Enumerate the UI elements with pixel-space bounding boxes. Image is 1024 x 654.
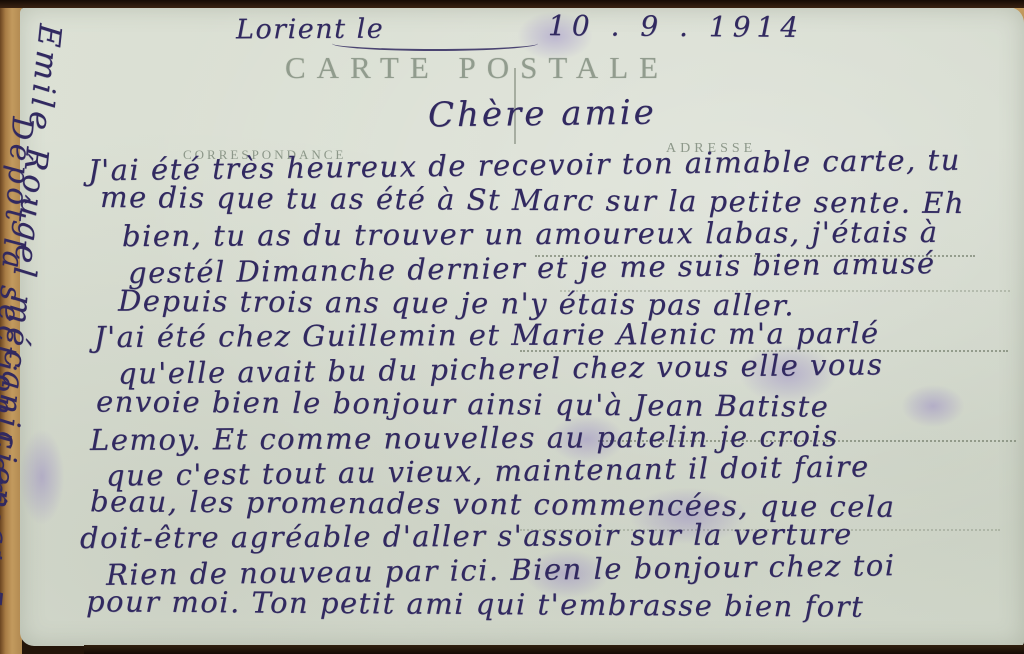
handwritten-date: 10 . 9 . 1914 (548, 9, 804, 44)
photo-bottom-border (84, 645, 1024, 654)
printed-carte-postale-title: CARTE POSTALE (285, 50, 669, 86)
message-line: pour moi. Ton petit ami qui t'embrasse b… (86, 584, 864, 623)
message-line: envoie bien le bonjour ainsi qu'à Jean B… (96, 384, 830, 423)
pen-flourish-stroke (332, 36, 538, 51)
ink-smudge (902, 385, 964, 427)
photo-top-border (0, 0, 1024, 8)
postcard-photo: CARTE POSTALE CORRESPONDANCE ADRESSE Lor… (0, 0, 1024, 654)
handwritten-salutation: Chère amie (428, 93, 657, 136)
ink-smudge (20, 430, 64, 524)
message-line: me dis que tu as été à St Marc sur la pe… (100, 180, 965, 220)
